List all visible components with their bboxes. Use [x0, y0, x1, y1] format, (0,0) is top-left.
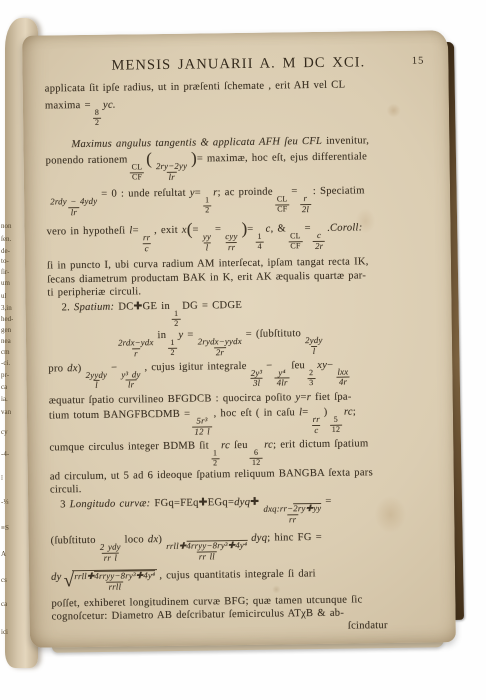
fraction: CLCF: [130, 164, 145, 183]
text-run: dy: [51, 572, 62, 583]
text-run: =: [325, 496, 331, 507]
margin-fragment: ſir-: [1, 268, 9, 276]
text-run: , &: [270, 223, 286, 234]
fraction: y⁴4lr: [274, 368, 289, 389]
page-content: MENSIS JANUARII A. M DC XCI. 15 applicat…: [22, 30, 456, 637]
fraction: 14: [255, 232, 263, 251]
text-line: (ſubſtituto2 ydyrr lloco dx)rrll✚4rryy−8…: [51, 530, 439, 565]
text-run: maxima =: [45, 100, 91, 112]
margin-fragment: ſen.: [1, 235, 11, 243]
fraction: 2yydyl: [84, 370, 110, 391]
fraction: 12: [172, 310, 180, 329]
margin-fragment: van: [1, 408, 11, 416]
text-run: Maximus angulus tangentis & applicata AF…: [71, 136, 322, 150]
margin-fragment: ca: [1, 600, 7, 608]
fraction: 512: [330, 416, 343, 435]
fraction: r2l: [300, 194, 312, 215]
fraction: CLCF: [275, 195, 290, 214]
margin-fragment: cs: [1, 576, 7, 584]
margin-fragment: to-: [1, 257, 9, 265]
text-line: pro dx)2yydyl−y³ dylr, cujus igitur inte…: [48, 357, 436, 392]
fraction: 82: [93, 109, 101, 128]
text-run: =: [183, 329, 193, 340]
margin-fragment: ici: [1, 628, 8, 636]
text-run: ponendo rationem: [46, 155, 128, 167]
text-run: dx: [67, 363, 78, 374]
header-title: MENSIS JANUARII A. M DC XCI.: [111, 54, 365, 73]
page-number: 15: [412, 56, 425, 67]
text-run: ; hinc FG =: [267, 532, 322, 544]
text-run: =: [247, 223, 253, 234]
fraction: rrc: [311, 415, 323, 436]
margin-fragment: cm: [1, 348, 10, 356]
text-run: ſeu: [291, 360, 305, 371]
text-run: , cujus igitur integrale: [144, 360, 246, 372]
text-run: ✚: [250, 497, 259, 508]
fraction: 2rdy − 4ydylr: [48, 197, 99, 218]
text-run: yc.: [103, 100, 116, 111]
text-run: Longitudo curvæ:: [70, 499, 151, 511]
text-run: =: [302, 408, 308, 419]
page-header: MENSIS JANUARII A. M DC XCI. 15: [44, 52, 432, 72]
text-run: æquatur ſpatio curvilineo BFGDCB : quoci…: [49, 393, 296, 407]
margin-fragment: ia.: [1, 395, 8, 403]
text-line: ponendo rationemCLCF(2ry−2yylr)= maximæ,…: [46, 149, 434, 185]
text-run: ; erit dictum ſpatium: [273, 438, 368, 450]
text-line: applicata ſit ipſe radius, ut in præſent…: [45, 77, 433, 95]
text-line: maxima =82yc.: [45, 95, 433, 129]
text-run: vero in hypotheſi: [47, 225, 130, 237]
text-run: dx: [148, 534, 159, 545]
margin-fragment: ca: [1, 383, 7, 391]
fraction: 2ry−2yylr: [154, 162, 190, 183]
text-line: 2rdx−ydxrin12y =2rydx−yydx2r= (ſubſtitut…: [48, 325, 436, 360]
text-run: cumque circulus integer BDMB ſit: [49, 441, 209, 454]
text-line: tium totum BANGFBCDMB =5r³12 l, hoc eſt …: [49, 405, 437, 440]
margin-fragment: nea: [1, 337, 11, 345]
fraction: y³ dylr: [119, 370, 142, 391]
text-block: applicata ſit ipſe radius, ut in præſent…: [45, 77, 440, 636]
text-run: ): [324, 407, 328, 418]
text-run: ;: [353, 407, 356, 418]
margin-fragment: ⁞: [1, 474, 3, 482]
text-run: −: [111, 362, 117, 373]
margin-fragment: pr-: [1, 371, 9, 379]
text-run: 2.: [62, 302, 75, 313]
text-run: =: [133, 225, 139, 236]
text-run: ſeu: [230, 440, 248, 451]
text-run: =: [215, 224, 221, 235]
fraction: 2rydx−yydx2r: [196, 337, 244, 358]
text-run: = maximæ, hoc eſt, ejus differentiale: [197, 152, 367, 165]
text-run: cognoſcetur: Diametro AB deſcribatur ſem…: [52, 607, 345, 622]
fraction: 5r³12 l: [192, 417, 212, 438]
margin-fragment: um: [1, 279, 10, 287]
margin-fragment: hed-: [1, 315, 13, 323]
text-run: rc: [344, 407, 353, 418]
fraction: rrll✚4rryy−8ry³✚4y⁴rr ll: [164, 540, 249, 563]
text-run: ſcindatur: [348, 620, 388, 632]
text-run: dyq: [234, 497, 250, 508]
text-run: (ſubſtituto: [51, 535, 96, 547]
fraction: lxx4r: [335, 367, 350, 388]
fraction: 2ydyl: [303, 336, 325, 357]
margin-fragment: -4-: [1, 450, 9, 458]
margin-fragment: non: [1, 222, 12, 230]
margin-fragment: cy: [1, 428, 8, 436]
text-run: DC✚GE in: [114, 301, 170, 313]
margin-fragment: ≡S: [1, 524, 9, 532]
text-run: , cujus quantitatis integrale ſi dari: [159, 568, 316, 581]
sqrt-expression: √rrll✚4rryy−8ry³✚4y⁴rrll: [64, 569, 158, 593]
text-run: =: [192, 224, 198, 235]
text-run: tium totum BANGFBCDMB =: [49, 409, 190, 422]
text-run: , exit: [154, 224, 182, 235]
fraction: rrc: [141, 233, 153, 254]
big-paren: (: [146, 149, 152, 168]
text-run: loco: [125, 534, 148, 545]
margin-fragment: 3,in: [1, 304, 12, 312]
text-run: , hoc eſt ( in caſu: [214, 408, 300, 420]
text-run: −: [327, 359, 333, 370]
fraction: 12: [168, 339, 176, 358]
margin-fragment: -⅓: [1, 498, 9, 506]
text-run: invenitur,: [322, 135, 369, 147]
text-run: =: [305, 223, 311, 234]
text-run: =: [195, 187, 201, 198]
text-run: fiet ſpa-: [311, 392, 352, 404]
fraction: dxq:rr−2ry✚yyrr: [261, 503, 323, 525]
text-run: −: [266, 360, 272, 371]
fraction: 2rdx−ydxr: [116, 338, 156, 359]
text-line: dy√rrll✚4rryy−8ry³✚4y⁴rrll, cujus quanti…: [51, 565, 439, 593]
text-run: xy: [317, 359, 327, 370]
margin-fragment: gen: [1, 326, 11, 334]
text-run: Spatium:: [74, 302, 114, 314]
text-run: applicata ſit ipſe radius, ut in præſent…: [45, 80, 346, 95]
facing-page-text: nonſen.de-to-ſir-umul3,inhed-genneacm-ci…: [0, 0, 16, 700]
photo-frame: nonſen.de-to-ſir-umul3,inhed-genneacm-ci…: [0, 0, 486, 700]
text-run: rc: [264, 440, 273, 451]
text-run: : Speciatim: [313, 185, 365, 197]
text-run: ; ac proinde: [217, 187, 272, 199]
margin-fragment: A: [1, 550, 6, 558]
text-line: 2rdy − 4ydylr= 0 : unde reſultat y=12r; …: [46, 183, 434, 218]
text-run: 3: [60, 500, 70, 511]
text-line: vero in hypotheſi l=rrc, exit x(=yyl=cyy…: [46, 219, 434, 255]
text-run: DG = CDGE: [182, 300, 242, 312]
fraction: 2y³3l: [249, 368, 265, 389]
text-run: FGq=FEq✚EGq=: [150, 498, 234, 510]
margin-fragment: -ci.: [1, 359, 10, 367]
text-run: dyq: [251, 533, 267, 544]
text-run: ): [158, 534, 162, 545]
text-run: circuli.: [50, 484, 82, 495]
text-run: = 0 : unde reſultat: [101, 188, 190, 200]
text-run: = (ſubſtituto: [246, 328, 301, 340]
fraction: 2 ydyrr l: [98, 543, 123, 564]
fraction: 23: [307, 369, 315, 388]
fraction: 12: [203, 196, 211, 215]
text-run: rc: [221, 440, 230, 451]
text-run: ti peripheriæ circuli.: [47, 286, 141, 298]
text-run: in: [157, 330, 166, 341]
book-page: MENSIS JANUARII A. M DC XCI. 15 applicat…: [22, 30, 456, 648]
fraction: cyyrr: [223, 232, 240, 253]
fraction: c2r: [313, 231, 326, 252]
fraction: 12: [211, 449, 219, 468]
margin-fragment: de-: [1, 247, 10, 255]
text-run: ): [78, 363, 82, 374]
fraction: yyl: [201, 232, 213, 253]
fraction: CLCF: [288, 232, 303, 251]
margin-fragment: ul: [1, 292, 6, 300]
fraction: 612: [250, 449, 263, 468]
text-run: pro: [48, 363, 67, 374]
text-run: Coroll:: [330, 222, 363, 233]
text-run: =: [291, 186, 297, 197]
text-line: 3 Longitudo curvæ: FGq=FEq✚EGq=dyq✚dxq:r…: [50, 494, 438, 529]
